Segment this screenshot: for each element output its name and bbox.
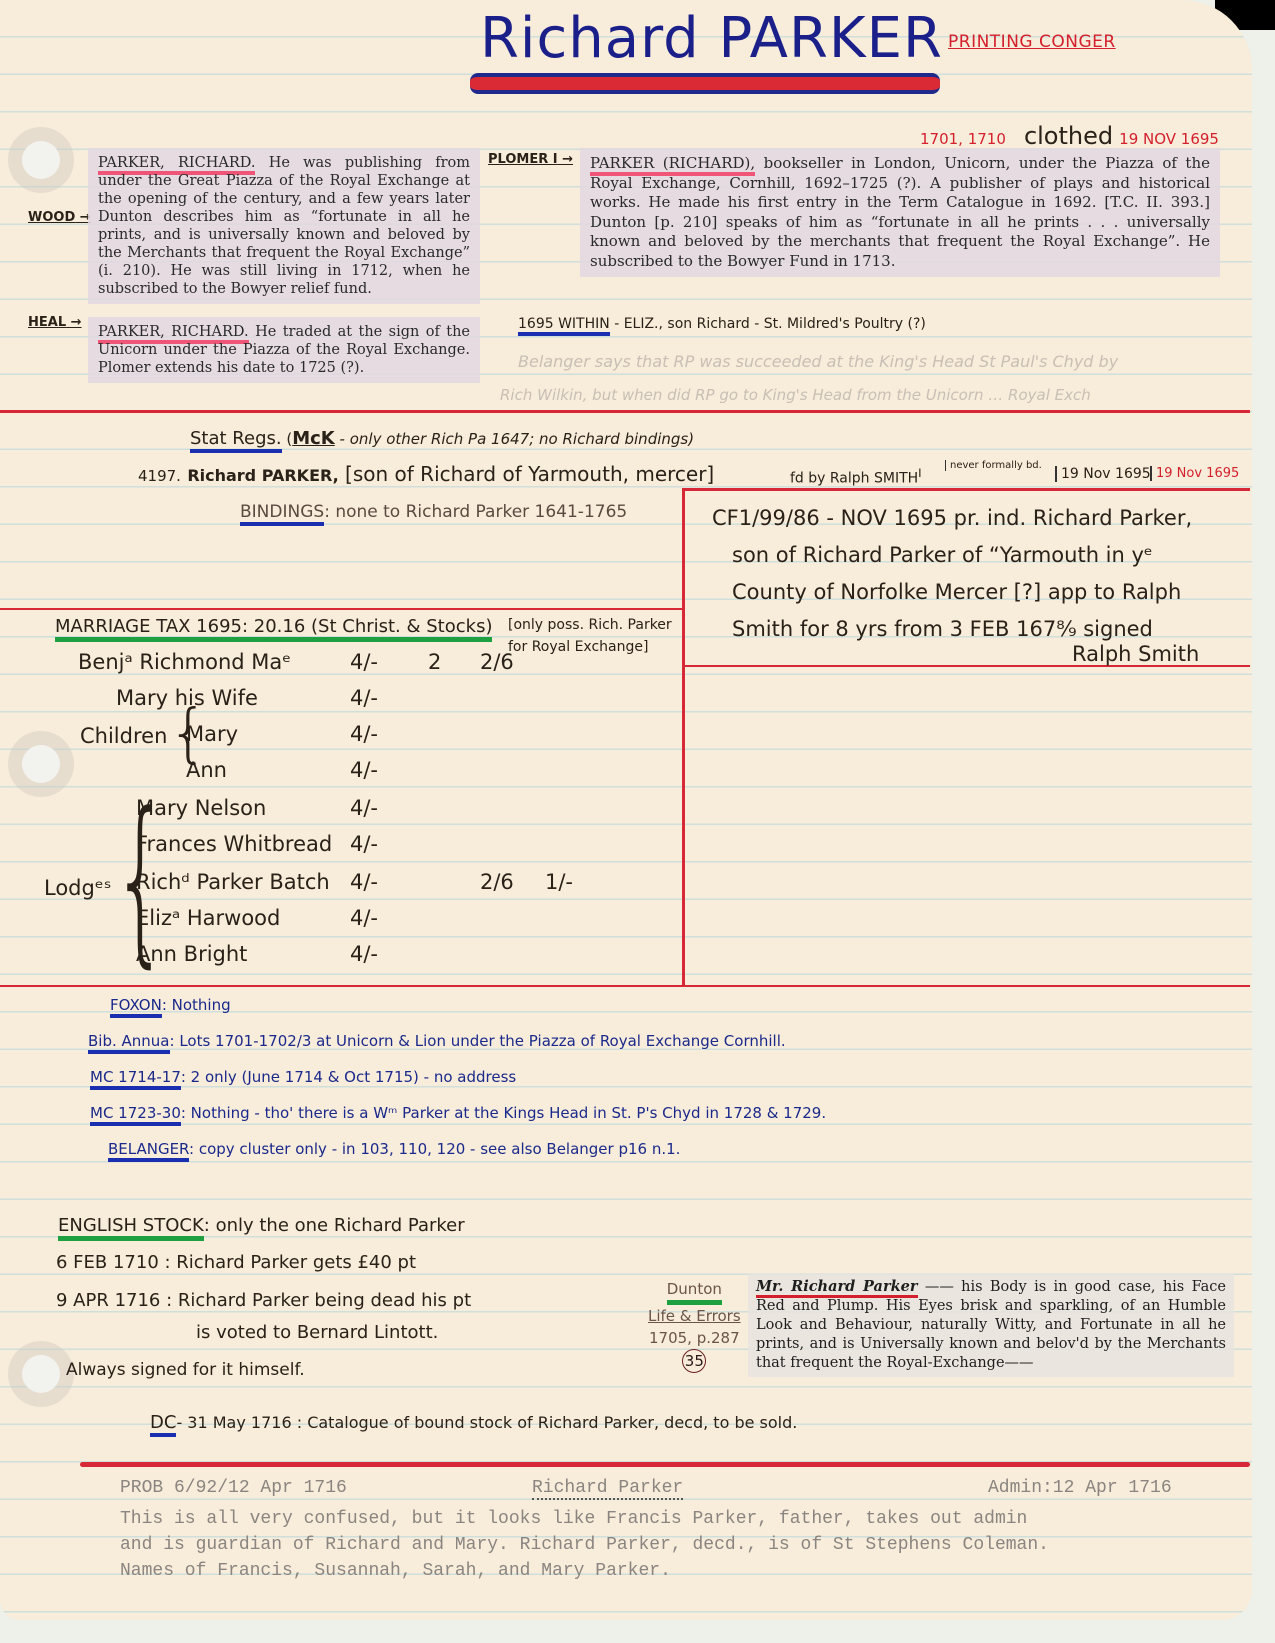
source-entry: MC 1723-30: Nothing - tho' there is a Wᵐ… — [90, 1104, 826, 1122]
within-note: 1695 WITHIN - ELIZ., son Richard - St. M… — [518, 316, 926, 332]
mck-note: - only other Rich Pa 1647; no Richard bi… — [340, 430, 695, 448]
clothed-label: clothed — [1024, 122, 1113, 150]
heal-tag: HEAL → — [28, 315, 82, 330]
punch-hole — [22, 141, 60, 179]
bindings-label: BINDINGS — [240, 502, 324, 526]
pencil-note-2: Rich Wilkin, but when did RP go to King'… — [500, 386, 1091, 404]
dunton-name: Mr. Richard Parker — [756, 1278, 918, 1298]
english-stock-entry: 9 APR 1716 : Richard Parker being dead h… — [56, 1290, 471, 1311]
clothed-line: 1701, 1710 clothed 19 NOV 1695 — [920, 122, 1219, 150]
wood-name: PARKER, RICHARD. — [98, 155, 255, 175]
source-text: : Lots 1701-1702/3 at Unicorn & Lion und… — [170, 1032, 786, 1050]
english-stock-entry: is voted to Bernard Lintott. — [196, 1322, 438, 1343]
entry-note: [son of Richard of Yarmouth, mercer] — [345, 462, 714, 486]
dunton-label: Dunton — [667, 1278, 722, 1305]
lodgers-label: Lodgᵉˢ — [44, 876, 111, 900]
bindings-text: : none to Richard Parker 1641-1765 — [324, 502, 627, 522]
dc-label: DC — [150, 1412, 176, 1437]
english-stock-entry: Always signed for it himself. — [66, 1360, 305, 1380]
tax-row-name: Benjᵃ Richmond Maᵉ — [78, 650, 291, 674]
wood-tag: WOOD → — [28, 210, 91, 225]
entry-number: 4197. — [138, 467, 181, 485]
years: 1701, 1710 — [920, 130, 1006, 148]
english-stock-heading: ENGLISH STOCK: only the one Richard Park… — [58, 1215, 465, 1236]
tax-value: 4/- — [350, 906, 378, 930]
source-label: FOXON — [110, 996, 162, 1018]
marriage-tax-heading: MARRIAGE TAX 1695: 20.16 (St Christ. & S… — [55, 616, 492, 637]
divider — [80, 1462, 1250, 1467]
dunton-ref: 1705, p.287 — [648, 1327, 741, 1349]
prob-name: Richard Parker — [532, 1478, 683, 1500]
bindings-line: BINDINGS: none to Richard Parker 1641-17… — [240, 502, 627, 522]
children-label: Children — [80, 724, 167, 748]
freedom-date-red: 19 Nov 1695 — [1150, 466, 1239, 481]
source-entry: FOXON: Nothing — [110, 996, 231, 1014]
tax-value: 4/- — [350, 722, 378, 746]
freed-by: fd by Ralph SMITHI — [790, 466, 922, 487]
box-left — [682, 488, 685, 986]
children-brace: { — [168, 702, 209, 766]
english-stock-entry: 6 FEB 1710 : Richard Parker gets £40 pt — [56, 1252, 416, 1273]
source-label: MC 1723-30 — [90, 1104, 181, 1126]
page-title: Richard PARKER — [480, 6, 943, 71]
marriage-tax-note: [only poss. Rich. Parker for Royal Excha… — [508, 614, 678, 658]
index-card-page: Richard PARKER PRINTING CONGER 1701, 171… — [0, 0, 1252, 1620]
tax-value: 4/- — [350, 942, 378, 966]
source-text: : copy cluster only - in 103, 110, 120 -… — [189, 1140, 680, 1158]
box-top — [682, 488, 1250, 491]
subtitle: PRINTING CONGER — [948, 32, 1116, 52]
tax-value: 4/- — [350, 686, 378, 710]
tax-value: 4/- — [350, 870, 378, 894]
dunton-work: Life & Errors — [648, 1305, 741, 1327]
prob-notes: This is all very confused, but it looks … — [120, 1506, 1230, 1584]
freedom-date: 19 Nov 1695 — [1055, 466, 1151, 482]
tax-value: 2 — [428, 650, 441, 674]
source-entry: BELANGER: copy cluster only - in 103, 11… — [108, 1140, 680, 1158]
title-underline — [470, 73, 940, 94]
dc-text: - 31 May 1716 : Catalogue of bound stock… — [176, 1413, 797, 1432]
heal-name: PARKER, RICHARD. — [98, 324, 249, 344]
pencil-note-1: Belanger says that RP was succeeded at t… — [518, 352, 1118, 371]
tax-value: 4/- — [350, 796, 378, 820]
tax-value: 1/- — [545, 870, 573, 894]
lodgers-brace: { — [112, 790, 169, 970]
plomer-tag: PLOMER I → — [488, 152, 573, 167]
clothed-date: 19 NOV 1695 — [1119, 130, 1219, 148]
entry-name: Richard PARKER, — [187, 466, 338, 485]
divider — [0, 608, 684, 610]
stat-regs-line: Stat Regs. (McK - only other Rich Pa 164… — [190, 428, 694, 449]
tax-value: 2/6 — [480, 870, 514, 894]
divider — [0, 410, 1250, 413]
mck-label: McK — [292, 428, 335, 449]
stat-regs-label: Stat Regs. — [190, 428, 282, 453]
prob-ref: PROB 6/92/12 Apr 1716 — [120, 1478, 347, 1498]
source-label: BELANGER — [108, 1140, 189, 1162]
within-text: - ELIZ., son Richard - St. Mildred's Pou… — [614, 316, 926, 332]
never-bound: never formally bd. — [945, 460, 1050, 471]
plomer-clipping: PARKER (RICHARD), bookseller in London, … — [580, 148, 1220, 277]
dunton-number: 35 — [682, 1349, 706, 1373]
marriage-tax-label: MARRIAGE TAX 1695: 20.16 (St Christ. & S… — [55, 616, 492, 642]
source-text: : Nothing - tho' there is a Wᵐ Parker at… — [181, 1104, 826, 1122]
dc-note: DC- 31 May 1716 : Catalogue of bound sto… — [150, 1412, 797, 1433]
source-label: MC 1714-17 — [90, 1068, 181, 1090]
punch-hole — [22, 1355, 60, 1393]
prob-admin: Admin:12 Apr 1716 — [988, 1478, 1172, 1498]
heal-clipping: PARKER, RICHARD. He traded at the sign o… — [88, 317, 480, 383]
stat-regs-entry: 4197. Richard PARKER, [son of Richard of… — [138, 462, 714, 486]
english-stock-label: ENGLISH STOCK — [58, 1215, 204, 1241]
source-text: : 2 only (June 1714 & Oct 1715) - no add… — [181, 1068, 516, 1086]
divider — [0, 985, 1250, 987]
tax-value: 4/- — [350, 650, 378, 674]
dunton-clipping: Mr. Richard Parker —— his Body is in goo… — [748, 1273, 1234, 1377]
source-entry: MC 1714-17: 2 only (June 1714 & Oct 1715… — [90, 1068, 516, 1086]
apprenticeship-record: CF1/99/86 - NOV 1695 pr. ind. Richard Pa… — [712, 500, 1199, 673]
tax-value: 4/- — [350, 758, 378, 782]
punch-hole — [22, 745, 60, 783]
dunton-reference: Dunton Life & Errors 1705, p.287 35 — [648, 1278, 741, 1373]
tax-value: 2/6 — [480, 650, 514, 674]
source-label: Bib. Annua — [88, 1032, 170, 1054]
source-entry: Bib. Annua: Lots 1701-1702/3 at Unicorn … — [88, 1032, 786, 1050]
source-text: : Nothing — [162, 996, 231, 1014]
tax-value: 4/- — [350, 832, 378, 856]
wood-clipping: PARKER, RICHARD. He was publishing from … — [88, 148, 480, 304]
within-label: 1695 WITHIN — [518, 316, 610, 336]
wood-text: He was publishing from under the Great P… — [98, 155, 470, 297]
